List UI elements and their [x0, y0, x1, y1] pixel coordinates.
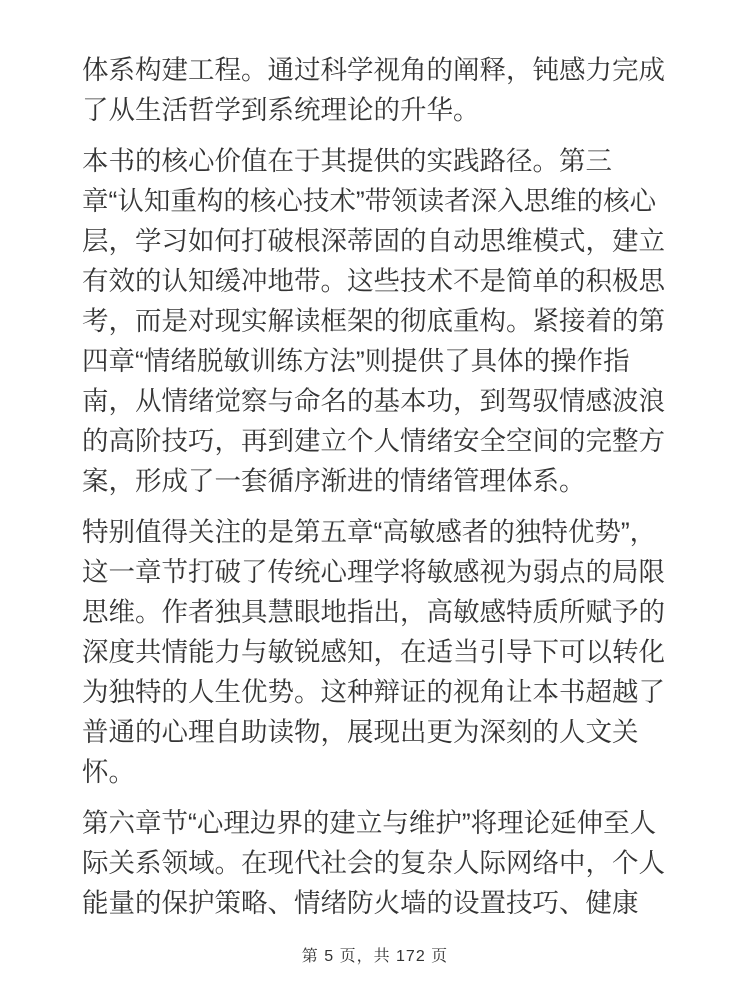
paragraph: 本书的核心价值在于其提供的实践路径。第三章“认知重构的核心技术”带领读者深入思维…: [82, 141, 670, 501]
paragraph: 特别值得关注的是第五章“高敏感者的独特优势”，这一章节打破了传统心理学将敏感视为…: [82, 512, 670, 792]
paragraph: 体系构建工程。通过科学视角的阐释，钝感力完成了从生活哲学到系统理论的升华。: [82, 50, 670, 130]
reader-page: 体系构建工程。通过科学视角的阐释，钝感力完成了从生活哲学到系统理论的升华。 本书…: [0, 0, 750, 1000]
document-body: 体系构建工程。通过科学视角的阐释，钝感力完成了从生活哲学到系统理论的升华。 本书…: [82, 50, 670, 934]
paragraph: 第六章节“心理边界的建立与维护”将理论延伸至人际关系领域。在现代社会的复杂人际网…: [82, 803, 670, 923]
page-number-indicator: 第 5 页，共 172 页: [0, 946, 750, 968]
